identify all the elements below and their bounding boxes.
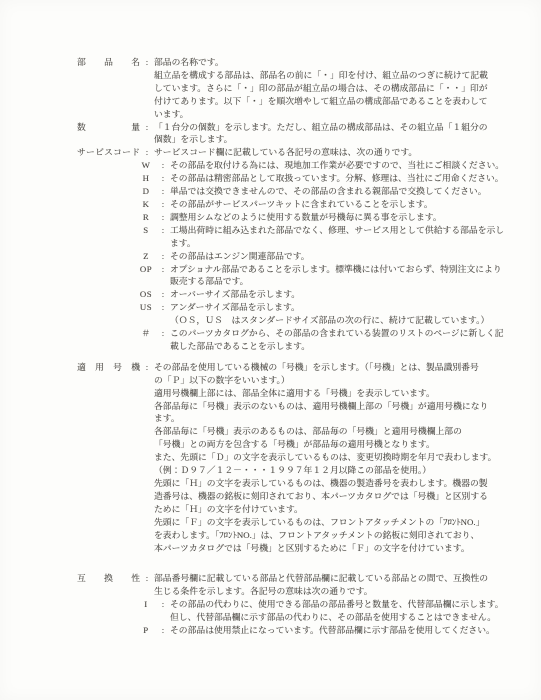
text-line: 載した部品であることを示します。 [170,340,501,353]
glossary-section: 互換性 : 部品番号欄に記載している部品と代替部品欄に記載している部品との間で、… [77,572,501,637]
code-row: I : その部品の代わりに、使用できる部品の部品番号と数量を、代替部品欄に示しま… [136,598,501,624]
text-line: また、先頭に「Ｄ」の文字を表示しているものは、変更切換時期を年月で表わします。 [154,451,501,464]
term-label: 部品名 [77,56,140,69]
term-label: 互換性 [77,572,140,585]
code-row: US : アンダーサイズ部品を示します。（ＯＳ，ＵＳ はスタンダードサイズ部品の… [136,301,501,327]
code-colon: : [156,172,170,185]
code-colon: : [156,288,170,301]
code-row: OP : オプショナル部品であることを示します。標準機には付いておらず、特別注文… [136,263,501,289]
code-row: Z : その部品はエンジン関連部品です。 [136,250,501,263]
term-description: 部品の名称です。組立品を構成する部品は、部品名の前に「・」印を付け、組立品のつぎ… [154,56,501,121]
text-line: 生じる条件を示します。各記号の意味は次の通りです。 [154,585,501,598]
code-label: W [136,159,156,172]
code-row: R : 調整用シムなどのように使用する数量が号機毎に異る事を示します。 [136,211,501,224]
code-colon: : [156,263,170,289]
text-line: その部品はエンジン関連部品です。 [170,250,501,263]
code-colon: : [156,301,170,327]
code-row: W : その部品を取付ける為には、現地加工作業が必要ですので、当社にご相談くださ… [136,159,501,172]
code-row: H : その部品は精密部品として取扱っています。分解、修理は、当社にご用命くださ… [136,172,501,185]
text-line: 単品では交換できませんので、その部品の含まれる親部品で交換してください。 [170,185,501,198]
term-label: 適用号機 [77,361,140,374]
code-row: S : 工場出荷時に組み込まれた部品でなく、修理、サービス用として供給する部品を… [136,224,501,250]
code-label: OP [136,263,156,289]
code-description: アンダーサイズ部品を示します。（ＯＳ，ＵＳ はスタンダードサイズ部品の次の行に、… [170,301,501,327]
text-line: 先頭に「Ｆ」の文字を表示しているものは、フロントアタッチメントの「ﾌﾛﾝﾄNO.… [154,516,501,529]
text-line: その部品を使用している機械の「号機」を示します。（「号機」とは、製品識別番号 [154,361,501,374]
text-line: その部品は使用禁止になっています。代替部品欄に示す部品を使用してください。 [170,624,501,637]
code-row: P : その部品は使用禁止になっています。代替部品欄に示す部品を使用してください… [136,624,501,637]
term-colon: : [140,361,154,374]
code-description: このパーツカタログから、その部品の含まれている装置のリストのページに新しく記載し… [170,327,501,353]
text-line: 調整用シムなどのように使用する数量が号機毎に異る事を示します。 [170,211,501,224]
code-colon: : [156,159,170,172]
code-description: 調整用シムなどのように使用する数量が号機毎に異る事を示します。 [170,211,501,224]
text-line: います。 [154,108,501,121]
code-description: 単品では交換できませんので、その部品の含まれる親部品で交換してください。 [170,185,501,198]
text-line: その部品の代わりに、使用できる部品の部品番号と数量を、代替部品欄に示します。 [170,598,501,611]
term-description: 「１台分の個数」を示します。ただし、組立品の構成部品は、その組立品「１組分の個数… [154,121,501,147]
text-line: 「１台分の個数」を示します。ただし、組立品の構成部品は、その組立品「１組分の [154,121,501,134]
code-description: その部品はエンジン関連部品です。 [170,250,501,263]
code-description: オプショナル部品であることを示します。標準機には付いておらず、特別注文により販売… [170,263,501,289]
text-line: 工場出荷時に組み込まれた部品でなく、修理、サービス用として供給する部品を示し [170,224,501,237]
code-description: その部品を取付ける為には、現地加工作業が必要ですので、当社にご相談ください。 [170,159,501,172]
text-line: 先頭に「Ｈ」の文字を表示しているものは、機器の製造番号を表わします。機器の製 [154,477,501,490]
text-line: 個数」を示します。 [154,133,501,146]
code-label: I [136,598,156,624]
text-line: しています。さらに「・」印の部品が組立品の場合は、その構成部品に「・・」印が [154,82,501,95]
text-line: を表わします。「ﾌﾛﾝﾄNO.」は、フロントアタッチメントの銘板に刻印されており… [154,529,501,542]
code-colon: : [156,327,170,353]
term-description: サービスコード欄に記載している各記号の意味は、次の通りです。 W : その部品を… [154,146,501,353]
code-colon: : [156,198,170,211]
text-line: 販売する部品です。 [170,275,501,288]
text-line: オーバーサイズ部品を示します。 [170,288,501,301]
text-line: サービスコード欄に記載している各記号の意味は、次の通りです。 [154,146,501,159]
text-line: このパーツカタログから、その部品の含まれている装置のリストのページに新しく記 [170,327,501,340]
code-label: ＃ [136,327,156,353]
text-line: の「Ｐ」以下の数字をいいます。） [154,374,501,387]
text-line: 各部品毎に「号機」表示のあるものは、部品毎の「号機」と適用号機欄上部の [154,425,501,438]
code-label: K [136,198,156,211]
code-label: D [136,185,156,198]
text-line: その部品がサービスパーツキットに含まれていることを示します。 [170,198,501,211]
text-line: ために「Ｈ」の文字を付けています。 [154,503,501,516]
code-colon: : [156,598,170,624]
term-colon: : [140,56,154,69]
code-description: 工場出荷時に組み込まれた部品でなく、修理、サービス用として供給する部品を示します… [170,224,501,250]
term-colon: : [140,572,154,585]
text-line: オプショナル部品であることを示します。標準機には付いておらず、特別注文により [170,263,501,276]
code-colon: : [156,224,170,250]
code-label: R [136,211,156,224]
text-line: 本パーツカタログでは「号機」と区別するために「Ｆ」の文字を付けています。 [154,542,501,555]
code-row: D : 単品では交換できませんので、その部品の含まれる親部品で交換してください。 [136,185,501,198]
text-line: 「号機」との両方を包含する「号機」が部品毎の適用号機となります。 [154,438,501,451]
code-label: Z [136,250,156,263]
code-description: その部品は精密部品として取扱っています。分解、修理は、当社にご用命ください。 [170,172,501,185]
text-line: 部品番号欄に記載している部品と代替部品欄に記載している部品との間で、互換性の [154,572,501,585]
glossary-content: 部品名 : 部品の名称です。組立品を構成する部品は、部品名の前に「・」印を付け、… [77,56,501,637]
glossary-section: 適用号機 : その部品を使用している機械の「号機」を示します。（「号機」とは、製… [77,361,501,555]
text-line: 組立品を構成する部品は、部品名の前に「・」印を付け、組立品のつぎに続けて記載 [154,69,501,82]
scanned-document-page: 部品名 : 部品の名称です。組立品を構成する部品は、部品名の前に「・」印を付け、… [0,0,541,700]
code-label: H [136,172,156,185]
text-line: （ＯＳ，ＵＳ はスタンダードサイズ部品の次の行に、続けて記載しています。） [170,314,501,327]
code-colon: : [156,624,170,637]
glossary-section: 部品名 : 部品の名称です。組立品を構成する部品は、部品名の前に「・」印を付け、… [77,56,501,121]
term-colon: : [140,121,154,134]
text-line: その部品を取付ける為には、現地加工作業が必要ですので、当社にご相談ください。 [170,159,501,172]
code-description: その部品の代わりに、使用できる部品の部品番号と数量を、代替部品欄に示します。但し… [170,598,501,624]
term-label: サービスコード [77,146,140,159]
code-description: その部品は使用禁止になっています。代替部品欄に示す部品を使用してください。 [170,624,501,637]
code-label: S [136,224,156,250]
text-line: （例：Ｄ９７／１２－・・・１９９７年１２月以降この部品を使用。） [154,464,501,477]
code-description: オーバーサイズ部品を示します。 [170,288,501,301]
term-description: その部品を使用している機械の「号機」を示します。（「号機」とは、製品識別番号の「… [154,361,501,555]
code-label: US [136,301,156,327]
text-line: ます。 [170,237,501,250]
glossary-section: サービスコード : サービスコード欄に記載している各記号の意味は、次の通りです。… [77,146,501,353]
text-line: 各部品毎に「号機」表示のないものは、適用号機欄上部の「号機」が適用号機になり [154,400,501,413]
code-row: OS : オーバーサイズ部品を示します。 [136,288,501,301]
glossary-section: 数量 : 「１台分の個数」を示します。ただし、組立品の構成部品は、その組立品「１… [77,121,501,147]
code-colon: : [156,211,170,224]
text-line: その部品は精密部品として取扱っています。分解、修理は、当社にご用命ください。 [170,172,501,185]
term-description: 部品番号欄に記載している部品と代替部品欄に記載している部品との間で、互換性の生じ… [154,572,501,637]
text-line: 部品の名称です。 [154,56,501,69]
term-label: 数量 [77,121,140,134]
code-row: K : その部品がサービスパーツキットに含まれていることを示します。 [136,198,501,211]
code-label: OS [136,288,156,301]
text-line: ます。 [154,412,501,425]
text-line: 造番号は、機器の銘板に刻印されており、本パーツカタログでは「号機」と区別する [154,490,501,503]
code-colon: : [156,185,170,198]
text-line: 但し、代替部品欄に示す部品の代わりに、その部品を使用することはできません。 [170,611,501,624]
term-colon: : [140,146,154,159]
text-line: 付けてあります。以下「・」を順次増やして組立品の構成部品であることを表わして [154,95,501,108]
code-label: P [136,624,156,637]
code-row: ＃ : このパーツカタログから、その部品の含まれている装置のリストのページに新し… [136,327,501,353]
code-description: その部品がサービスパーツキットに含まれていることを示します。 [170,198,501,211]
code-colon: : [156,250,170,263]
text-line: アンダーサイズ部品を示します。 [170,301,501,314]
text-line: 適用号機欄上部には、部品全体に適用する「号機」を表示しています。 [154,387,501,400]
